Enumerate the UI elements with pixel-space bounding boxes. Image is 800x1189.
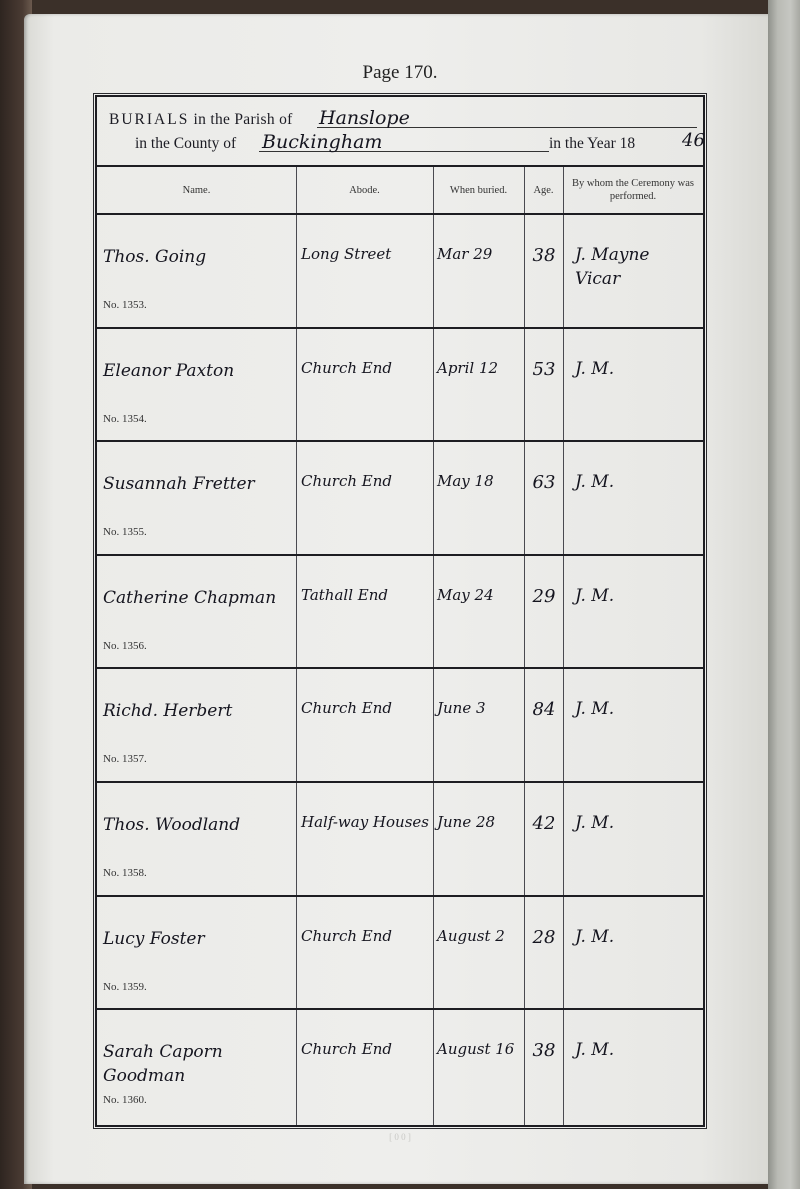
entry-abode: Church End bbox=[301, 357, 429, 379]
entry-abode: Church End bbox=[301, 1038, 429, 1060]
entry-when-buried: May 24 bbox=[437, 584, 523, 606]
entry-officiant: J. M. bbox=[575, 357, 699, 381]
entry-number: No. 1358. bbox=[103, 867, 147, 879]
entry-name: Sarah Caporn Goodman bbox=[103, 1040, 293, 1088]
heading-parish-label: in the Parish of bbox=[194, 111, 293, 128]
entry-number: No. 1357. bbox=[103, 753, 147, 765]
entry-name: Richd. Herbert bbox=[103, 699, 293, 723]
entry-number: No. 1360. bbox=[103, 1094, 147, 1106]
year-value: 46 bbox=[682, 130, 705, 151]
entry-officiant: J. M. bbox=[575, 811, 699, 835]
entry-when-buried: June 3 bbox=[437, 697, 523, 719]
county-value: Buckingham bbox=[262, 131, 382, 153]
page-number: Page 170. bbox=[0, 62, 800, 84]
entry-name: Thos. Going bbox=[103, 245, 293, 269]
entry-age: 38 bbox=[527, 245, 561, 266]
entry-number: No. 1359. bbox=[103, 981, 147, 993]
entry-officiant: J. M. bbox=[575, 1038, 699, 1062]
entry-age: 42 bbox=[527, 813, 561, 834]
entry-number: No. 1353. bbox=[103, 299, 147, 311]
table-row: Susannah FretterChurch EndMay 1863J. M.N… bbox=[97, 442, 703, 554]
next-page-edge bbox=[768, 0, 800, 1189]
column-header-abode: Abode. bbox=[296, 167, 433, 213]
table-row: Catherine ChapmanTathall EndMay 2429J. M… bbox=[97, 556, 703, 668]
column-header-officiant: By whom the Ceremony was performed. bbox=[563, 167, 703, 213]
entry-number: No. 1355. bbox=[103, 526, 147, 538]
table-row: Eleanor PaxtonChurch EndApril 1253J. M.N… bbox=[97, 329, 703, 441]
column-header-age: Age. bbox=[524, 167, 563, 213]
entry-officiant: J. Mayne Vicar bbox=[575, 243, 699, 291]
entry-abode: Long Street bbox=[301, 243, 429, 265]
entry-age: 29 bbox=[527, 586, 561, 607]
entry-age: 84 bbox=[527, 699, 561, 720]
entry-age: 63 bbox=[527, 472, 561, 493]
table-row: Sarah Caporn GoodmanChurch EndAugust 163… bbox=[97, 1010, 703, 1122]
column-header-when-buried: When buried. bbox=[433, 167, 524, 213]
entry-officiant: J. M. bbox=[575, 584, 699, 608]
register-heading: BURIALS in the Parish of Hanslope in the… bbox=[97, 97, 703, 167]
entry-abode: Church End bbox=[301, 470, 429, 492]
entry-age: 38 bbox=[527, 1040, 561, 1061]
entry-name: Susannah Fretter bbox=[103, 472, 293, 496]
entry-number: No. 1356. bbox=[103, 640, 147, 652]
entry-abode: Church End bbox=[301, 925, 429, 947]
entry-age: 53 bbox=[527, 359, 561, 380]
entry-name: Eleanor Paxton bbox=[103, 359, 293, 383]
entry-when-buried: June 28 bbox=[437, 811, 523, 833]
burial-register-table: BURIALS in the Parish of Hanslope in the… bbox=[95, 95, 705, 1127]
entry-age: 28 bbox=[527, 927, 561, 948]
table-row: Lucy FosterChurch EndAugust 228J. M.No. … bbox=[97, 897, 703, 1009]
parish-value: Hanslope bbox=[319, 107, 410, 129]
footer-mark: [ 0 0 ] bbox=[0, 1132, 800, 1142]
entry-officiant: J. M. bbox=[575, 470, 699, 494]
heading-county-label: in the County of bbox=[135, 135, 236, 153]
entry-when-buried: August 2 bbox=[437, 925, 523, 947]
entry-officiant: J. M. bbox=[575, 925, 699, 949]
entry-name: Thos. Woodland bbox=[103, 813, 293, 837]
entry-when-buried: August 16 bbox=[437, 1038, 523, 1060]
entry-abode: Half-way Houses bbox=[301, 811, 429, 833]
entry-name: Catherine Chapman bbox=[103, 586, 293, 610]
table-row: Richd. HerbertChurch EndJune 384J. M.No.… bbox=[97, 669, 703, 781]
entry-number: No. 1354. bbox=[103, 413, 147, 425]
entry-when-buried: April 12 bbox=[437, 357, 523, 379]
entry-when-buried: May 18 bbox=[437, 470, 523, 492]
heading-burials: BURIALS bbox=[109, 111, 189, 128]
entry-name: Lucy Foster bbox=[103, 927, 293, 951]
heading-year-label: in the Year 18 bbox=[549, 135, 635, 153]
entry-when-buried: Mar 29 bbox=[437, 243, 523, 265]
table-row: Thos. GoingLong StreetMar 2938J. Mayne V… bbox=[97, 215, 703, 327]
entry-officiant: J. M. bbox=[575, 697, 699, 721]
entry-abode: Tathall End bbox=[301, 584, 429, 606]
column-header-name: Name. bbox=[97, 167, 296, 213]
entry-abode: Church End bbox=[301, 697, 429, 719]
table-row: Thos. WoodlandHalf-way HousesJune 2842J.… bbox=[97, 783, 703, 895]
